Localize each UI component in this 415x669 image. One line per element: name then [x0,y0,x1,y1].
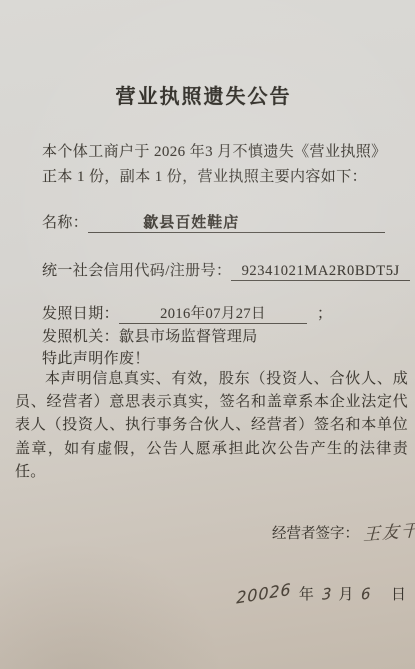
business-name-label: 名称： [42,211,88,232]
field-issue-date: 发照日期： 2016年07月27日 ； [42,302,385,324]
photographed-paper-document: 营业执照遗失公告 本个体工商户于 2026 年3 月不慎遗失《营业执照》 正本 … [0,0,415,669]
credit-code-value: 92341021MA2R0BDT5J [231,263,410,281]
intro-paragraph: 本个体工商户于 2026 年3 月不慎遗失《营业执照》 正本 1 份，副本 1 … [42,140,387,190]
field-issue-authority: 发照机关： 歙县市场监督管理局 [42,325,385,346]
issue-date-suffix: ； [317,302,332,323]
issue-date-label: 发照日期： [42,302,119,323]
date-month-handwritten: 3 [322,584,331,604]
operator-signature-row: 经营者签字： 王友干 [272,518,415,543]
field-credit-code: 统一社会信用代码/注册号： 92341021MA2R0BDT5J [42,259,410,281]
credit-code-label: 统一社会信用代码/注册号： [42,259,231,280]
declaration-paragraph: 本声明信息真实、有效，股东（投资人、合伙人、成员、经营者）意思表示真实，签名和盖… [15,368,408,484]
handwritten-date-row: 20026 年 3 月 6 日 [236,583,414,604]
issue-authority-label: 发照机关： [42,325,119,346]
date-year-label: 年 [299,583,315,604]
intro-line-1: 本个体工商户于 2026 年3 月不慎遗失《营业执照》 [42,140,387,165]
date-day-handwritten: 6 [362,584,371,604]
issue-authority-value: 歙县市场监督管理局 [119,325,258,346]
date-day-label: 日 [391,583,407,604]
intro-line-2: 正本 1 份，副本 1 份，营业执照主要内容如下： [42,165,387,190]
void-statement: 特此声明作废！ [42,347,150,368]
date-month-label: 月 [338,583,354,604]
operator-signature-label: 经营者签字： [272,522,359,543]
document-title: 营业执照遗失公告 [0,80,407,109]
issue-date-value: 2016年07月27日 [119,302,307,324]
date-year-handwritten: 20026 [236,579,292,607]
field-business-name: 名称： 歙县百姓鞋店 [42,211,385,233]
operator-signature-handwritten: 王友干 [363,515,415,545]
business-name-value: 歙县百姓鞋店 [88,211,385,233]
